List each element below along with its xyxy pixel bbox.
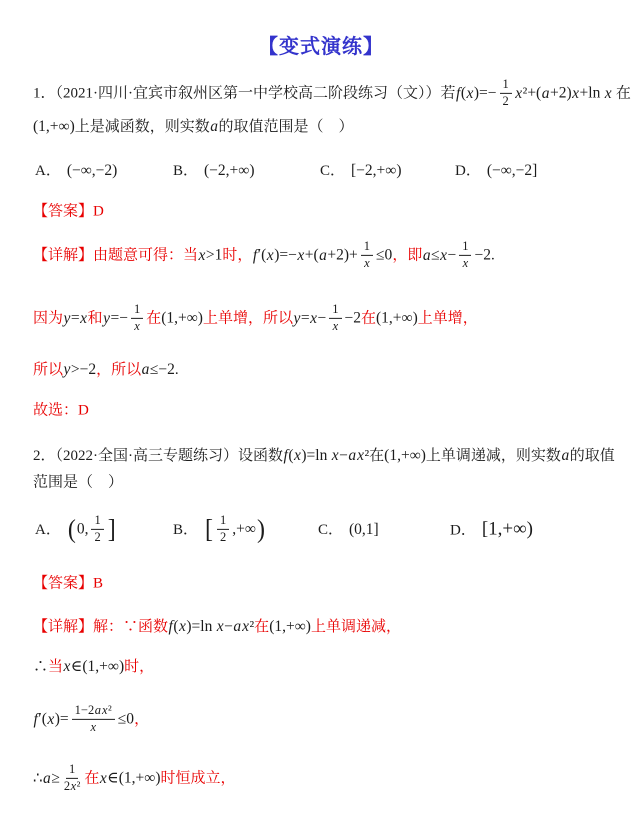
fraction: 1x: [459, 239, 471, 271]
fraction-denominator: x: [363, 256, 372, 272]
text-segment: 和: [88, 310, 103, 326]
fraction: 1−2ax²x: [72, 703, 115, 735]
text-segment: C．: [318, 522, 343, 538]
fraction-denominator: 2: [93, 530, 101, 546]
question-2-explanation-line-3: f′(x)=1−2ax²x≤0，: [33, 704, 149, 736]
text-segment: 所以: [33, 362, 63, 378]
fraction: 12x²: [63, 762, 82, 794]
section-title: 【变式演练】: [0, 34, 642, 60]
text-segment: 1．（2021·四川·宜宾市叙州区第一中学校高二阶段练习（文））若: [33, 85, 456, 101]
fraction: 1x: [131, 302, 143, 334]
text-segment: 在: [612, 85, 631, 101]
text-segment: 的取值: [570, 448, 615, 464]
question-2-answer: 【答案】B: [33, 574, 103, 594]
math-segment: ): [257, 513, 265, 547]
text-segment: 【答案】B: [33, 575, 103, 591]
fraction: 1x: [329, 302, 341, 334]
math-segment: x²+(a+2)x+ln x: [515, 84, 612, 101]
text-segment: ，所以: [96, 362, 141, 378]
question-1-explanation-line-2: 因为y=x和y=−1x在(1,+∞)上单增，所以y=x−1x−2在(1,+∞)上…: [33, 303, 478, 335]
text-segment: 【详解】解：∵函数: [33, 619, 168, 635]
text-segment: B．: [173, 163, 198, 179]
math-segment: (0,1]: [349, 521, 379, 538]
math-segment: f′(x)=: [33, 710, 69, 727]
math-segment: a: [561, 447, 570, 464]
text-segment: 上单增，所以: [203, 310, 293, 326]
math-segment: y=−: [103, 309, 128, 326]
text-segment: 当: [48, 659, 63, 675]
math-segment: x∈(1,+∞): [63, 658, 124, 675]
text-segment: .: [491, 247, 495, 263]
question-1-answer: 【答案】D: [33, 202, 104, 222]
math-segment: ]: [108, 513, 116, 547]
question-2-option-c: C．(0,1]: [318, 520, 379, 541]
question-1-stem-line-1: 1．（2021·四川·宜宾市叙州区第一中学校高二阶段练习（文））若f(x)=−1…: [33, 78, 631, 110]
text-segment: 上是减函数，则实数: [75, 119, 210, 135]
math-segment: (−2,+∞): [204, 162, 254, 179]
math-segment: (−∞,−2]: [487, 162, 537, 179]
question-1-explanation-line-1: 【详解】由题意可得：当x>1时，f′(x)=−x+(a+2)+1x≤0，即a≤x…: [33, 240, 495, 272]
math-segment: −2: [474, 246, 491, 263]
text-segment: 故选：D: [33, 402, 89, 418]
text-segment: 上单调递减，: [311, 619, 401, 635]
math-segment: a≥: [43, 769, 60, 786]
question-2-option-d: D．[1,+∞): [450, 518, 533, 543]
fraction: 1x: [361, 239, 373, 271]
text-segment: 时，: [124, 659, 154, 675]
text-segment: B．: [173, 521, 198, 537]
fraction-numerator: 1: [361, 239, 373, 256]
math-segment: (1,+∞): [269, 618, 311, 635]
question-1-option-c: C．[−2,+∞): [320, 161, 402, 182]
question-2-option-a: A．(0,12]: [35, 514, 117, 546]
math-segment: a: [210, 118, 219, 135]
fraction-denominator: x: [89, 720, 98, 736]
math-segment: a≤x−: [422, 246, 456, 263]
text-segment: 的取值范围是（ ）: [219, 119, 354, 135]
fraction: 12: [500, 77, 512, 109]
question-1-option-d: D．(−∞,−2]: [455, 161, 537, 182]
math-segment: x>1: [198, 246, 222, 263]
fraction-denominator: x: [133, 319, 142, 335]
question-2-explanation-line-4: ∴a≥12x²在x∈(1,+∞)时恒成立，: [33, 763, 236, 795]
question-1-explanation-line-3: 所以y>−2，所以a≤−2.: [33, 360, 179, 381]
fraction-denominator: 2: [219, 530, 227, 546]
fraction-numerator: 1: [66, 762, 78, 779]
fraction-denominator: x: [331, 319, 340, 335]
math-segment: ≤0: [118, 710, 134, 727]
text-segment: ，即: [392, 247, 422, 263]
text-segment: 【答案】D: [33, 203, 104, 219]
text-segment: 在: [84, 770, 99, 786]
math-segment: −2: [345, 309, 362, 326]
question-2-explanation-line-1: 【详解】解：∵函数f(x)=ln x−ax²在(1,+∞)上单调递减，: [33, 617, 401, 638]
math-segment: a≤−2: [141, 361, 175, 378]
math-segment: y>−2: [63, 361, 96, 378]
math-segment: (1,+∞): [33, 118, 75, 135]
fraction: 12: [217, 513, 229, 545]
fraction-numerator: 1−2ax²: [72, 703, 115, 720]
question-1-option-a: A．(−∞,−2): [35, 161, 117, 182]
math-segment: f(x)=−: [456, 84, 497, 101]
text-segment: 在: [369, 448, 384, 464]
math-segment: ,+∞: [232, 520, 256, 537]
math-segment: [1,+∞): [482, 519, 533, 540]
text-segment: 时恒成立，: [161, 770, 236, 786]
fraction: 12: [91, 513, 103, 545]
fraction-numerator: 1: [217, 513, 229, 530]
fraction-numerator: 1: [329, 302, 341, 319]
text-segment: 时，: [222, 247, 252, 263]
fraction-numerator: 1: [91, 513, 103, 530]
text-segment: A．: [35, 163, 61, 179]
text-segment: 上单增，: [418, 310, 478, 326]
text-segment: ∴: [33, 659, 48, 675]
math-segment: ≤0: [376, 246, 392, 263]
text-segment: .: [175, 362, 179, 378]
text-segment: ∴: [33, 770, 43, 786]
text-segment: ，: [134, 711, 149, 727]
question-1-option-b: B．(−2,+∞): [173, 161, 255, 182]
text-segment: 在: [361, 310, 376, 326]
text-segment: 在: [254, 619, 269, 635]
math-segment: (1,+∞): [161, 309, 203, 326]
math-segment: y=x−: [293, 309, 326, 326]
question-2-stem-line-1: 2．（2022·全国·高三专题练习）设函数f(x)=ln x−ax²在(1,+∞…: [33, 446, 615, 467]
math-segment: [−2,+∞): [351, 162, 401, 179]
question-2-stem-line-2: 范围是（ ）: [33, 473, 123, 493]
math-segment: y=x: [63, 309, 88, 326]
fraction-denominator: 2x²: [63, 779, 82, 795]
fraction-denominator: 2: [502, 94, 510, 110]
question-2-option-b: B．[12,+∞): [173, 514, 266, 546]
math-segment: x∈(1,+∞): [99, 769, 160, 786]
fraction-numerator: 1: [459, 239, 471, 256]
document-page: 【变式演练】 1．（2021·四川·宜宾市叙州区第一中学校高二阶段练习（文））若…: [0, 0, 642, 838]
text-segment: A．: [35, 521, 61, 537]
text-segment: 上单调递减，则实数: [426, 448, 561, 464]
text-segment: C．: [320, 163, 345, 179]
math-segment: (−∞,−2): [67, 162, 117, 179]
text-segment: D．: [450, 523, 476, 539]
fraction-numerator: 1: [131, 302, 143, 319]
text-segment: D．: [455, 163, 481, 179]
question-1-stem-line-2: (1,+∞)上是减函数，则实数a的取值范围是（ ）: [33, 117, 354, 138]
math-segment: f(x)=ln x−ax²: [168, 618, 254, 635]
fraction-denominator: x: [461, 256, 470, 272]
text-segment: 在: [146, 310, 161, 326]
text-segment: 2．（2022·全国·高三专题练习）设函数: [33, 448, 283, 464]
text-segment: 范围是（ ）: [33, 474, 123, 490]
question-2-explanation-line-2: ∴当x∈(1,+∞)时，: [33, 657, 154, 678]
math-segment: (1,+∞): [384, 447, 426, 464]
math-segment: (: [68, 513, 76, 547]
fraction-numerator: 1: [500, 77, 512, 94]
math-segment: (1,+∞): [376, 309, 418, 326]
math-segment: 0,: [77, 520, 89, 537]
text-segment: 【详解】由题意可得：当: [33, 247, 198, 263]
math-segment: f′(x)=−x+(a+2)+: [252, 246, 357, 263]
question-1-conclusion: 故选：D: [33, 401, 89, 421]
math-segment: [: [205, 513, 213, 547]
math-segment: f(x)=ln x−ax²: [283, 447, 369, 464]
text-segment: 因为: [33, 310, 63, 326]
